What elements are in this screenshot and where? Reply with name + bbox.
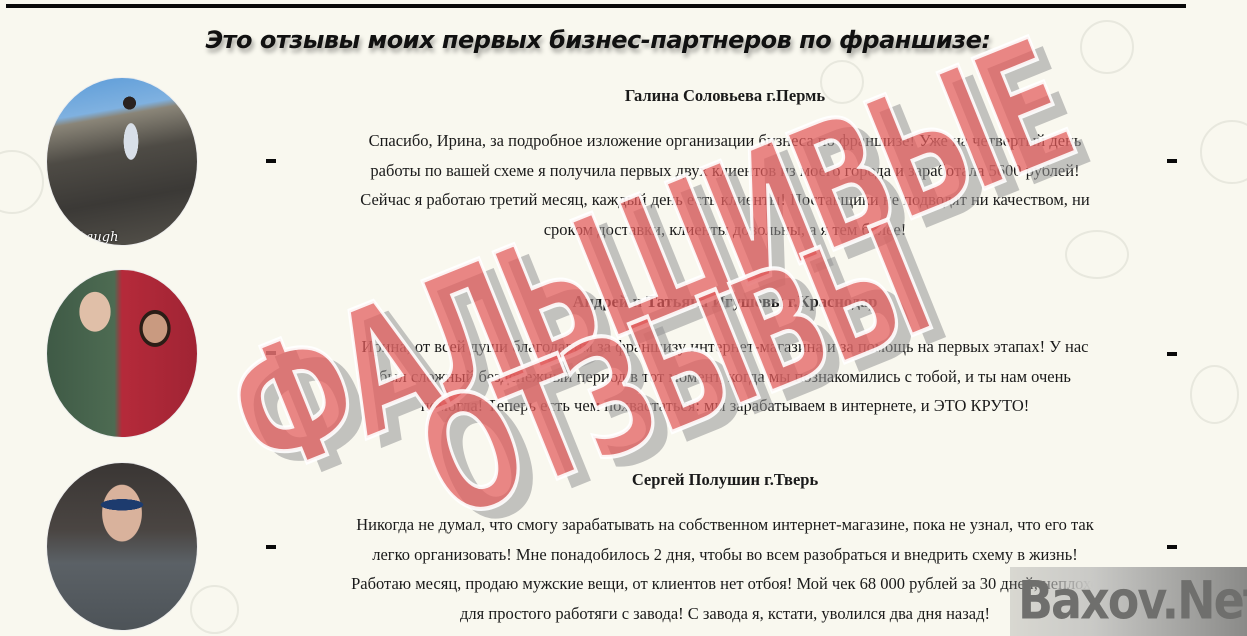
review-line: Никогда не думал, что смогу зарабатывать…	[356, 515, 1093, 534]
background-food-icon	[0, 150, 44, 214]
reviewer-name: Галина Соловьева г.Пермь	[290, 86, 1160, 106]
review-card: Андрей и Татьяна Игушевы г.Краснодар Ири…	[290, 292, 1160, 421]
reviewer-name: Андрей и Татьяна Игушевы г.Краснодар	[290, 292, 1160, 312]
background-food-icon	[1190, 365, 1239, 424]
dash-right-1	[1167, 159, 1177, 163]
review-line: был сложный безденежный период в тот мом…	[379, 367, 1071, 386]
avatar-reviewer-2	[47, 270, 197, 437]
dash-left-3	[266, 545, 276, 549]
top-divider	[6, 4, 1186, 8]
dash-right-2	[1167, 352, 1177, 356]
review-line: Работаю месяц, продаю мужские вещи, от к…	[351, 574, 1099, 593]
review-line: легко организовать! Мне понадобилось 2 д…	[372, 545, 1077, 564]
avatar-caption: Laugh	[77, 230, 118, 245]
dash-left-2	[266, 351, 276, 355]
avatar-reviewer-3	[47, 463, 197, 630]
review-line: Спасибо, Ирина, за подробное изложение о…	[369, 131, 1082, 150]
site-watermark: Baxov.Net	[1010, 567, 1247, 636]
reviewer-name: Сергей Полушин г.Тверь	[290, 470, 1160, 490]
background-food-icon	[1200, 120, 1247, 184]
review-line: помогла! Теперь есть чем похвастаться: м…	[421, 396, 1030, 415]
review-line: сроком доставки, клиенты довольны, а я т…	[544, 220, 907, 239]
review-line: Сейчас я работаю третий месяц, каждый де…	[360, 190, 1089, 209]
review-line: для простого работяги с завода! С завода…	[460, 604, 990, 623]
review-line: Ирина, от всей души благодарим за франши…	[362, 337, 1089, 356]
avatar-reviewer-1: Laugh	[47, 78, 197, 245]
background-food-icon	[190, 585, 239, 634]
dash-left-1	[266, 159, 276, 163]
review-text: Спасибо, Ирина, за подробное изложение о…	[290, 126, 1160, 244]
watermark-text: Baxov.Net	[1018, 569, 1247, 631]
review-text: Ирина, от всей души благодарим за франши…	[290, 332, 1160, 421]
review-line: работы по вашей схеме я получила первых …	[370, 161, 1079, 180]
page-heading: Это отзывы моих первых бизнес-партнеров …	[0, 26, 1196, 54]
dash-right-3	[1167, 545, 1177, 549]
review-card: Галина Соловьева г.Пермь Спасибо, Ирина,…	[290, 86, 1160, 244]
